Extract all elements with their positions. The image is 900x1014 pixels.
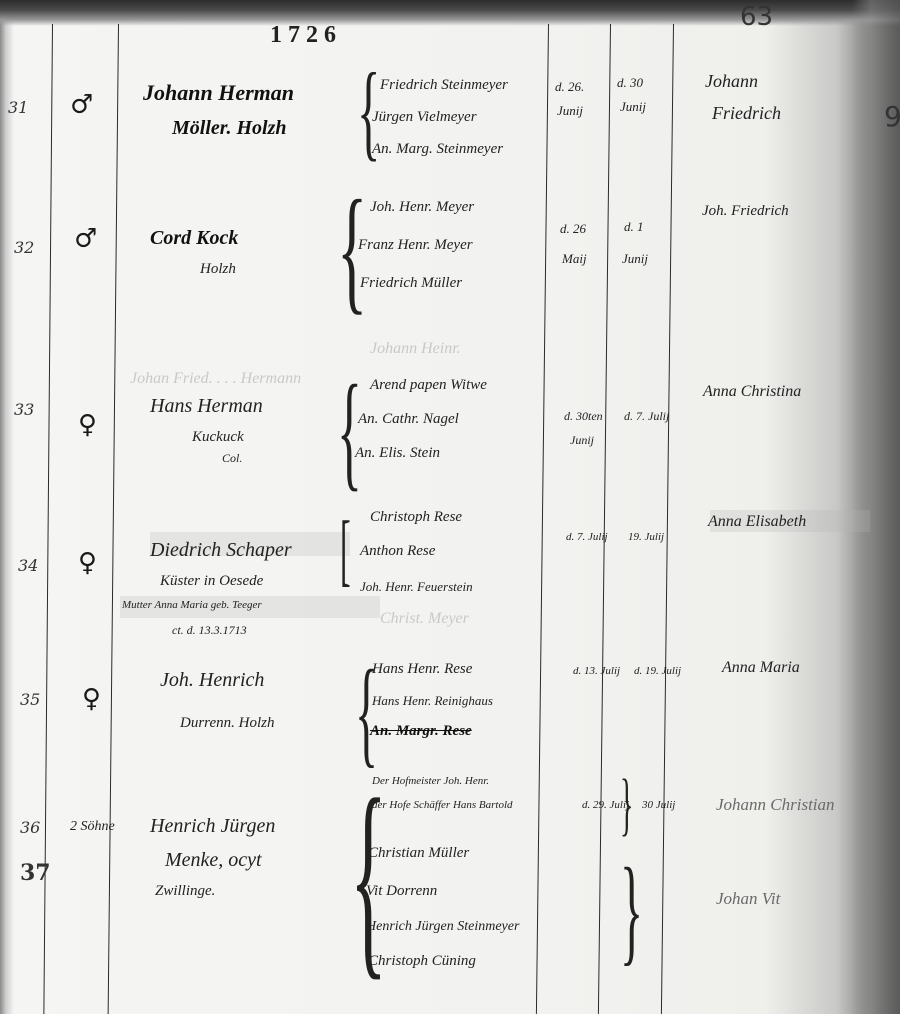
birth-date: d. 26.: [555, 80, 584, 93]
birth-date: d. 26: [560, 222, 586, 235]
parent-line: Menke, ocyt: [165, 850, 262, 870]
column-rule-parents: [536, 24, 549, 1014]
parent-line: Henrich Jürgen: [150, 816, 275, 836]
sponsor-name: Christoph Cüning: [368, 954, 476, 969]
parent-line: Holzh: [200, 262, 236, 277]
sponsor-brace: [: [340, 510, 351, 590]
sponsor-name: Friedrich Steinmeyer: [380, 78, 508, 93]
birth-date: d. 13. Julij: [573, 666, 620, 677]
parent-line: Durrenn. Holzh: [180, 716, 274, 731]
book-gutter-shadow: [852, 0, 900, 1014]
parent-line: Hans Herman: [150, 396, 263, 416]
sponsor-name: Henrich Jürgen Steinmeyer: [366, 920, 519, 934]
birth-date: Junij: [570, 434, 594, 446]
sex-mark: ♀: [82, 686, 101, 712]
entry-number: 34: [18, 558, 38, 574]
baptism-date: d. 19. Julij: [634, 666, 681, 677]
bleed-through-text: Christ. Meyer: [380, 610, 469, 628]
parent-line: Zwillinge.: [155, 884, 215, 899]
sex-mark: ♂: [70, 92, 93, 118]
child-name: Friedrich: [712, 104, 781, 122]
sponsor-name: Anthon Rese: [360, 544, 435, 559]
parent-line: Mutter Anna Maria geb. Teeger: [122, 600, 262, 611]
sponsor-name: Joh. Henr. Feuerstein: [360, 580, 473, 593]
sponsor-name: Vit Dorrenn: [366, 884, 437, 899]
column-rule-birth: [598, 24, 611, 1014]
entry-number: 37: [20, 862, 51, 884]
sex-mark: ♂: [74, 226, 97, 252]
baptism-date: Junij: [622, 252, 648, 265]
sponsor-name: An. Elis. Stein: [355, 446, 440, 461]
sponsor-name: Joh. Henr. Meyer: [370, 200, 474, 215]
parent-line: ct. d. 13.3.1713: [172, 624, 247, 636]
birth-date: Maij: [562, 252, 587, 265]
birth-date: Junij: [557, 104, 583, 117]
sponsor-name: Jürgen Vielmeyer: [372, 110, 477, 125]
sex-mark: ♀: [78, 550, 97, 576]
entry-number: 32: [14, 240, 34, 256]
parent-line: Johann Herman: [143, 82, 294, 104]
next-page-edge-mark: 9: [884, 100, 900, 133]
child-name: Joh. Friedrich: [702, 204, 789, 219]
child-name: Anna Maria: [722, 660, 800, 676]
baptism-date: Junij: [620, 100, 646, 113]
bleed-through-text: Johann Heinr.: [370, 340, 461, 358]
child-name: Anna Christina: [703, 384, 801, 400]
parent-line: Col.: [222, 452, 242, 464]
sponsor-name: Der Hofmeister Joh. Henr.: [372, 776, 489, 787]
sponsor-name: Christoph Rese: [370, 510, 462, 525]
column-rule-sex: [108, 24, 119, 1014]
baptism-date: 19. Julij: [628, 532, 664, 543]
birth-date: d. 7. Julij: [566, 532, 608, 543]
sex-mark: 2 Söhne: [70, 820, 115, 834]
parent-line: Küster in Oesede: [160, 574, 263, 589]
child-name: Johann: [705, 72, 758, 90]
column-rule-baptism: [661, 24, 674, 1014]
baptism-date: 30 Julij: [642, 800, 675, 811]
sponsor-brace: {: [337, 366, 362, 496]
parent-line: Möller. Holzh: [172, 118, 286, 138]
parent-line: Joh. Henrich: [160, 670, 264, 690]
bleed-through-text: Johan Fried. . . . Hermann: [130, 370, 301, 388]
sponsor-name: An. Cathr. Nagel: [358, 412, 459, 427]
baptism-date: d. 30: [617, 76, 643, 89]
register-year: 1726: [270, 22, 342, 49]
entry-number: 31: [8, 100, 28, 116]
sponsor-name: Friedrich Müller: [360, 276, 462, 291]
register-page: Johan Fried. . . . Hermann Johann Heinr.…: [0, 0, 900, 1014]
birth-date: d. 30ten: [564, 410, 603, 422]
parent-line: Cord Kock: [150, 228, 238, 248]
sponsor-name: An. Margr. Rese: [370, 724, 472, 739]
entry-number: 35: [20, 692, 40, 708]
sponsor-name: Hans Henr. Rese: [372, 662, 472, 677]
sponsor-name: Franz Henr. Meyer: [358, 238, 473, 253]
sponsor-name: der Hofe Schäffer Hans Bartold: [372, 800, 513, 811]
sponsor-name: Christian Müller: [368, 846, 469, 861]
baptism-date: d. 7. Julij: [624, 410, 669, 422]
parent-line: Kuckuck: [192, 430, 244, 445]
sponsor-name: Arend papen Witwe: [370, 378, 487, 393]
entry-number: 36: [20, 820, 40, 836]
date-brace: }: [620, 770, 633, 840]
child-name: Johan Vit: [716, 890, 780, 907]
child-name: Anna Elisabeth: [708, 514, 806, 530]
entry-number: 33: [14, 402, 34, 418]
sponsor-name: An. Marg. Steinmeyer: [372, 142, 503, 157]
date-brace: }: [620, 850, 643, 970]
child-name: Johann Christian: [716, 796, 835, 813]
baptism-date: d. 1: [624, 220, 644, 233]
sponsor-name: Hans Henr. Reinighaus: [372, 694, 493, 707]
page-number: 63: [740, 2, 773, 32]
sex-mark: ♀: [78, 412, 97, 438]
parent-line: Diedrich Schaper: [150, 540, 292, 560]
